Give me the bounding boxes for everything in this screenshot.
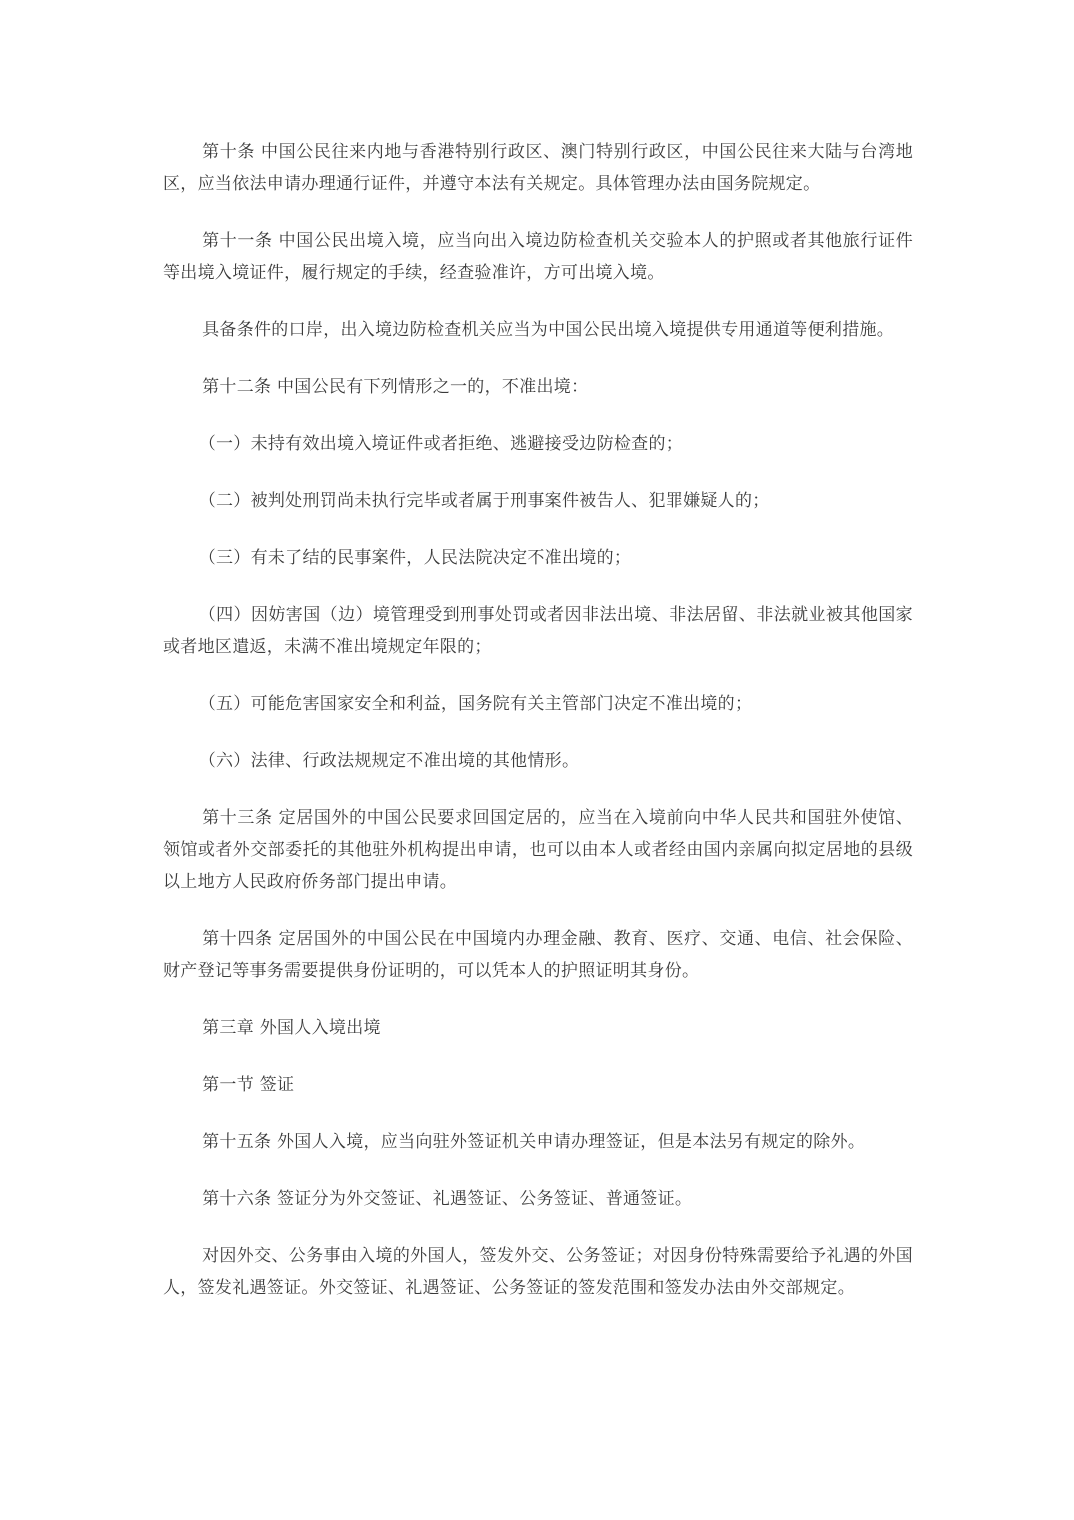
article-12-item-6: （六）法律、行政法规规定不准出境的其他情形。 bbox=[163, 745, 913, 777]
article-16-paragraph-2: 对因外交、公务事由入境的外国人，签发外交、公务签证；对因身份特殊需要给予礼遇的外… bbox=[163, 1240, 913, 1304]
article-10: 第十条 中国公民往来内地与香港特别行政区、澳门特别行政区，中国公民往来大陆与台湾… bbox=[163, 136, 913, 200]
article-12: 第十二条 中国公民有下列情形之一的，不准出境： bbox=[163, 371, 913, 403]
article-16: 第十六条 签证分为外交签证、礼遇签证、公务签证、普通签证。 bbox=[163, 1183, 913, 1215]
article-12-item-3: （三）有未了结的民事案件，人民法院决定不准出境的； bbox=[163, 542, 913, 574]
article-12-item-5: （五）可能危害国家安全和利益，国务院有关主管部门决定不准出境的； bbox=[163, 688, 913, 720]
article-11: 第十一条 中国公民出境入境，应当向出入境边防检查机关交验本人的护照或者其他旅行证… bbox=[163, 225, 913, 289]
article-11-paragraph-2: 具备条件的口岸，出入境边防检查机关应当为中国公民出境入境提供专用通道等便利措施。 bbox=[163, 314, 913, 346]
chapter-3-heading: 第三章 外国人入境出境 bbox=[163, 1012, 913, 1044]
article-12-item-4: （四）因妨害国（边）境管理受到刑事处罚或者因非法出境、非法居留、非法就业被其他国… bbox=[163, 599, 913, 663]
article-12-item-1: （一）未持有效出境入境证件或者拒绝、逃避接受边防检查的； bbox=[163, 428, 913, 460]
document-page: 第十条 中国公民往来内地与香港特别行政区、澳门特别行政区，中国公民往来大陆与台湾… bbox=[163, 136, 913, 1329]
article-13: 第十三条 定居国外的中国公民要求回国定居的，应当在入境前向中华人民共和国驻外使馆… bbox=[163, 802, 913, 898]
article-14: 第十四条 定居国外的中国公民在中国境内办理金融、教育、医疗、交通、电信、社会保险… bbox=[163, 923, 913, 987]
article-15: 第十五条 外国人入境，应当向驻外签证机关申请办理签证，但是本法另有规定的除外。 bbox=[163, 1126, 913, 1158]
section-1-heading: 第一节 签证 bbox=[163, 1069, 913, 1101]
article-12-item-2: （二）被判处刑罚尚未执行完毕或者属于刑事案件被告人、犯罪嫌疑人的； bbox=[163, 485, 913, 517]
